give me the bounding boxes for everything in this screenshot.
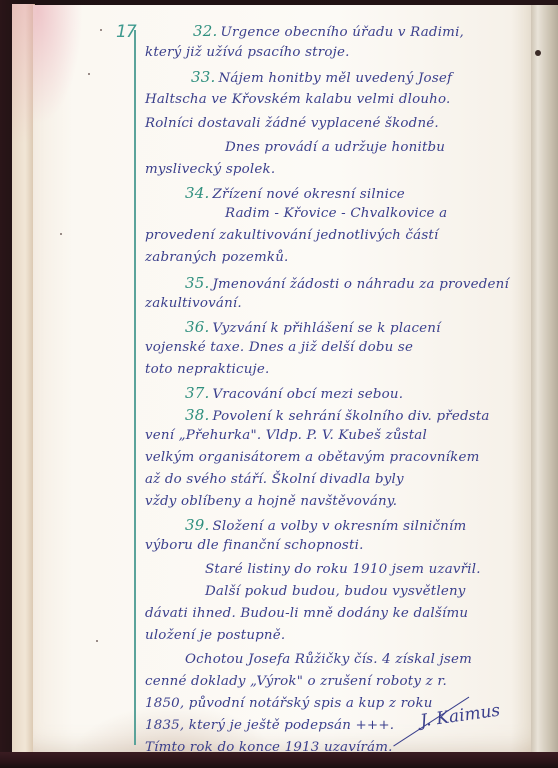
- entry-34-line-1: 34.Zřízení nové okresní silnice: [185, 184, 405, 202]
- entry-37-line-1: 37.Vracování obcí mezi sebou.: [185, 384, 403, 402]
- closing-1-line-2: Další pokud budou, budou vysvětleny: [205, 584, 466, 599]
- ink-speck: [96, 640, 98, 642]
- entry-38-line-1: 38.Povolení k sehrání školního div. před…: [185, 406, 490, 424]
- entry-33-line-2: Haltscha ve Křovském kalabu velmi dlouho…: [145, 92, 450, 107]
- book-gutter: [531, 5, 558, 755]
- entry-36-line-1: 36.Vyzvání k přihlášení se k placení: [185, 318, 441, 336]
- entry-32-line-2: který již užívá psacího stroje.: [145, 45, 350, 60]
- book-cover-bottom: [0, 752, 558, 768]
- closing-2-line-2: cenné doklady „Výrok" o zrušení roboty z…: [145, 674, 447, 689]
- binding-hole: [535, 50, 541, 56]
- entry-38-line-2: vení „Přehurka". Vldp. P. V. Kubeš zůsta…: [145, 428, 427, 443]
- entry-38-line-4: až do svého stáří. Školní divadla byly: [145, 472, 404, 487]
- entry-34-line-3: provedení zakultivování jednotlivých čás…: [145, 228, 438, 243]
- entry-33-line-5: myslivecký spolek.: [145, 162, 275, 177]
- entry-33-line-1: 33.Nájem honitby měl uvedený Josef: [191, 68, 452, 86]
- stain: [33, 5, 83, 125]
- entry-33-line-3: Rolníci dostavali žádné vyplacené škodné…: [145, 116, 439, 131]
- closing-1-line-4: uložení je postupně.: [145, 628, 285, 643]
- entry-35-line-1: 35.Jmenování žádosti o náhradu za proved…: [185, 274, 509, 292]
- closing-2-line-4: 1835, který je ještě podepsán +++.: [145, 718, 394, 733]
- closing-1-line-3: dávati ihned. Budou-li mně dodány ke dal…: [145, 606, 468, 621]
- entry-39-line-2: výboru dle finanční schopnosti.: [145, 538, 364, 553]
- page-number: 17: [116, 22, 136, 42]
- closing-2-line-3: 1850, původní notářský spis a kup z roku: [145, 696, 433, 711]
- entry-34-line-4: zabraných pozemků.: [145, 250, 288, 265]
- closing-2-line-1: Ochotou Josefa Růžičky čís. 4 získal jse…: [185, 652, 472, 667]
- entry-38-line-5: vždy oblíbeny a hojně navštěvovány.: [145, 494, 397, 509]
- entry-34-line-2: Radim - Křovice - Chvalkovice a: [225, 206, 447, 221]
- margin-rule: [134, 30, 136, 745]
- entry-32-line-1: 32.Urgence obecního úřadu v Radimi,: [193, 22, 464, 40]
- entry-35-line-2: zakultivování.: [145, 296, 242, 311]
- stain: [12, 4, 34, 144]
- ink-speck: [100, 29, 102, 31]
- ink-speck: [60, 233, 62, 235]
- entry-36-line-3: toto neprakticuje.: [145, 362, 269, 377]
- page-edge-stack: [12, 4, 35, 754]
- entry-38-line-3: velkým organisátorem a obětavým pracovní…: [145, 450, 479, 465]
- closing-1-line-1: Staré listiny do roku 1910 jsem uzavřil.: [205, 562, 481, 577]
- entry-33-line-4: Dnes provádí a udržuje honitbu: [225, 140, 445, 155]
- entry-36-line-2: vojenské taxe. Dnes a již delší dobu se: [145, 340, 413, 355]
- entry-39-line-1: 39.Složení a volby v okresním silničním: [185, 516, 466, 534]
- ink-speck: [88, 73, 90, 75]
